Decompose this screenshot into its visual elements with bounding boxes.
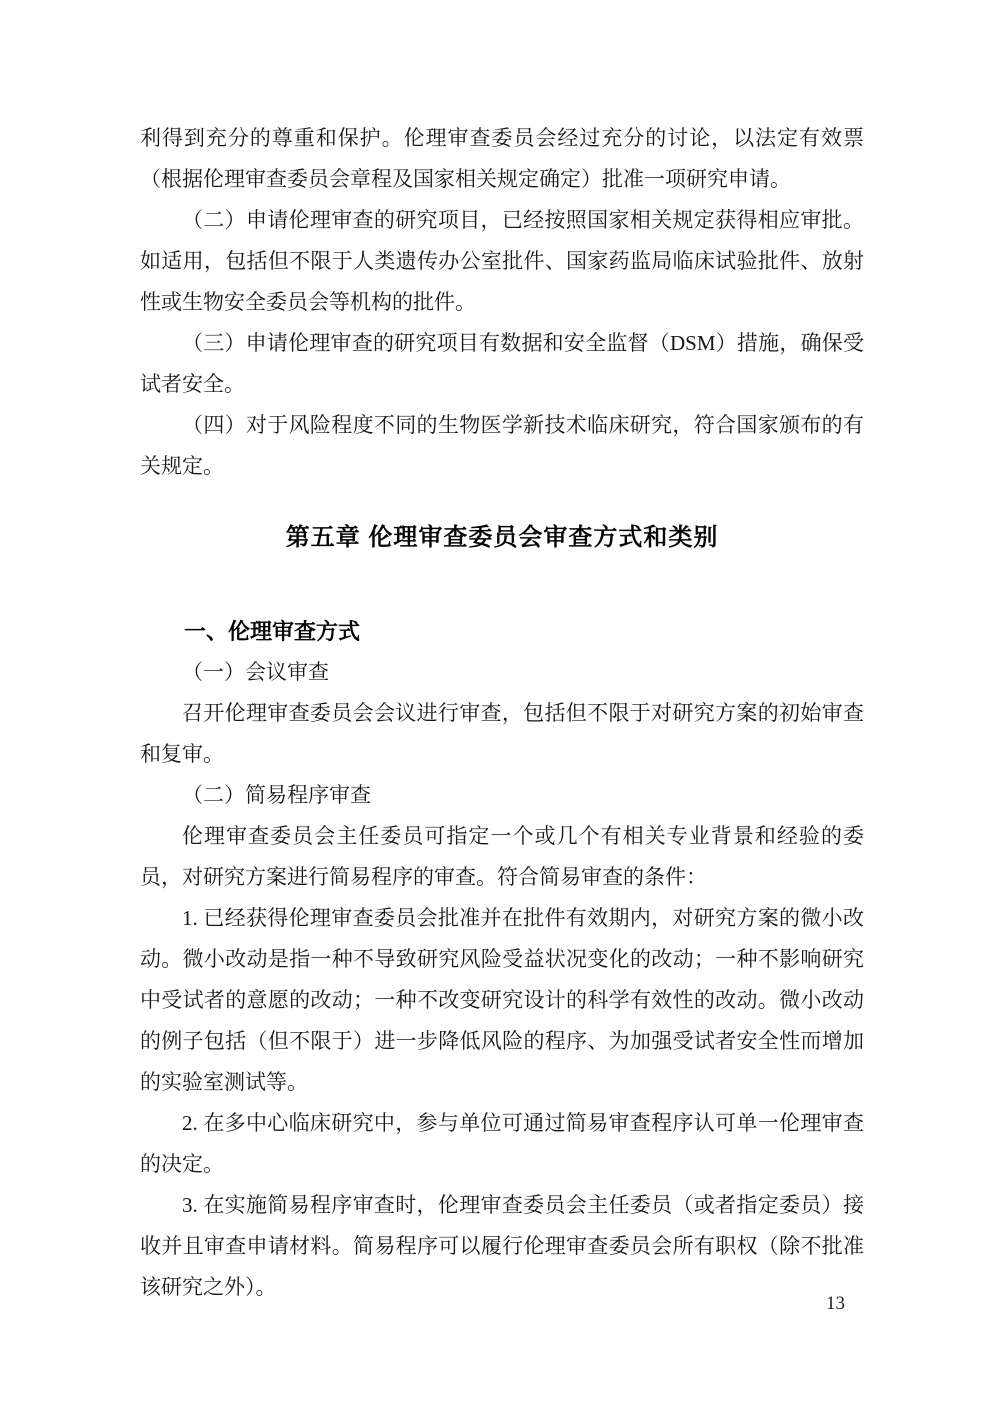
body-paragraph: （三）申请伦理审查的研究项目有数据和安全监督（DSM）措施，确保受试者安全。 [140, 323, 864, 405]
body-paragraph: 2. 在多中心临床研究中，参与单位可通过简易审查程序认可单一伦理审查的决定。 [140, 1103, 864, 1185]
body-paragraph: （一）会议审查 [140, 652, 864, 693]
document-page: 利得到充分的尊重和保护。伦理审查委员会经过充分的讨论，以法定有效票（根据伦理审查… [0, 0, 1000, 1413]
section-heading: 一、伦理审查方式 [140, 611, 864, 652]
chapter-title: 第五章 伦理审查委员会审查方式和类别 [140, 515, 864, 561]
page-content: 利得到充分的尊重和保护。伦理审查委员会经过充分的讨论，以法定有效票（根据伦理审查… [140, 118, 864, 1308]
body-paragraph: 召开伦理审查委员会会议进行审查，包括但不限于对研究方案的初始审查和复审。 [140, 693, 864, 775]
body-paragraph: 1. 已经获得伦理审查委员会批准并在批件有效期内，对研究方案的微小改动。微小改动… [140, 898, 864, 1103]
body-paragraph: 利得到充分的尊重和保护。伦理审查委员会经过充分的讨论，以法定有效票（根据伦理审查… [140, 118, 864, 200]
body-paragraph: 伦理审查委员会主任委员可指定一个或几个有相关专业背景和经验的委员，对研究方案进行… [140, 816, 864, 898]
body-paragraph: 3. 在实施简易程序审查时，伦理审查委员会主任委员（或者指定委员）接收并且审查申… [140, 1185, 864, 1308]
body-paragraph: （二）简易程序审查 [140, 775, 864, 816]
body-paragraph: （四）对于风险程度不同的生物医学新技术临床研究，符合国家颁布的有关规定。 [140, 405, 864, 487]
body-paragraph: （二）申请伦理审查的研究项目，已经按照国家相关规定获得相应审批。如适用，包括但不… [140, 200, 864, 323]
page-number: 13 [826, 1292, 845, 1316]
